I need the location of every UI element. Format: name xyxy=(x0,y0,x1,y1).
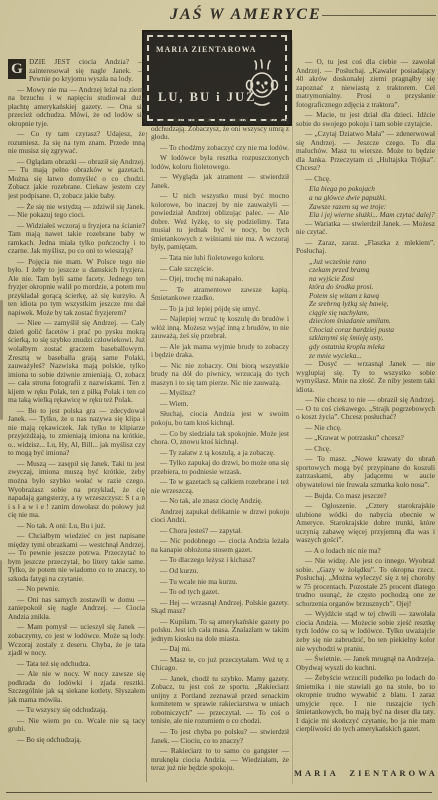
paragraph: — Nie wiem po co. Wcale nie są tacy grub… xyxy=(8,717,145,734)
paragraph: — Co by siedziała tak spokojnie. Może je… xyxy=(151,430,289,447)
paragraph: — Nie chcę. xyxy=(296,424,435,433)
paragraph: — Pojęcia nie mam. W Polsce tego nie był… xyxy=(8,258,145,318)
paragraph: — O, tu jest coś dla ciebie — zawołał An… xyxy=(296,58,435,109)
column-divider xyxy=(146,132,147,782)
bottom-rule xyxy=(6,792,432,793)
paragraph: — To dlaczego leżysz i kichasz? xyxy=(151,556,289,565)
paragraph: — A o lodach nic nie ma? xyxy=(296,547,435,556)
book-cover-title: LU, BU i JUŻ xyxy=(158,90,256,105)
paragraph: — To chodźmy zobaczyć czy nie ma lodów. xyxy=(151,144,289,153)
paragraph: — Tata nie lubi fioletowego koloru. xyxy=(151,254,289,263)
paragraph: — Wyjdźcie stąd w tej chwili — zawołała … xyxy=(296,610,435,653)
drop-cap: G xyxy=(8,59,26,79)
paragraph: Słuchaj, ciocia Andzia jest w swoim poko… xyxy=(151,410,289,427)
paragraph: — To jest chyba po polsku? — stwierdził … xyxy=(151,728,289,745)
paragraph: — Od kurzu. xyxy=(151,567,289,576)
column-2-paragraphs: — Ale oni jak są chudzi, to też się odch… xyxy=(151,116,289,773)
book-cover: MARIA ZIENTAROWA xyxy=(142,30,292,126)
book-cover-author: MARIA ZIENTAROWA xyxy=(156,45,257,54)
lead-text: DZIE JEST ciocia Andzia? — zainteresował… xyxy=(29,58,145,83)
paragraph: — Tu wcale nie ma kurzu. xyxy=(151,578,289,587)
paragraph: — Mowy nie ma — Andrzej leżał na ziemi n… xyxy=(8,86,145,129)
paragraph: Andrzej zapukał delikatnie w drzwi pokoj… xyxy=(151,508,289,525)
text-column-3: — O, tu jest coś dla ciebie — zawołał An… xyxy=(296,58,435,760)
paragraph: — To masz. „Nowe krawaty do ubrań sporto… xyxy=(296,455,435,489)
paragraph: — Najlepiej wrzuć tę koszulę do brudów i… xyxy=(151,315,289,341)
paragraph: — Daj mi. xyxy=(151,645,289,654)
paragraph: — Widziałeś wczoraj u fryzjera na ściani… xyxy=(8,222,145,256)
paragraph: — Chora jesteś? — zapytał. xyxy=(151,527,289,536)
paragraph: — To od tych gazet. xyxy=(151,588,289,597)
paragraph: — Ty załatw z tą koszulą, a ja zobaczę. xyxy=(151,449,289,458)
column-divider xyxy=(292,40,293,784)
paragraph: — Ojej, trochę mi nakapało. xyxy=(151,275,289,284)
paragraph: — Bujda. Co masz jeszcze? xyxy=(296,492,435,501)
paragraph: — Chcę. xyxy=(296,175,435,184)
author-signature: MARIA ZIENTAROWA xyxy=(294,768,436,778)
paragraph: — Masz te, co już przeczytałam. Weź tę z… xyxy=(151,656,289,673)
paragraph: — No pewnie. xyxy=(8,585,145,594)
paragraph: — Ale oni jak są chudzi, to też się odch… xyxy=(151,116,289,142)
paragraph: — Muszą — zasępił się Janek. Taki tu jes… xyxy=(8,460,145,520)
paragraph: — U nich wszystko musi być mocno kolorow… xyxy=(151,192,289,252)
paragraph: — Tata też się odchudza. xyxy=(8,660,145,669)
lead-paragraph: GDZIE JEST ciocia Andzia? — zainteresowa… xyxy=(8,58,145,84)
paragraph: — Janek, chodź tu szybko. Mamy gazety. Z… xyxy=(151,675,289,726)
paragraph: — Te atramentowe zawsze kapią. Śmietanko… xyxy=(151,286,289,303)
paragraph: — Rakieciarz to to samo co gangster — mr… xyxy=(151,747,289,773)
paragraph: — „Czytaj Dziatwo Mała” — zdenerwował si… xyxy=(296,130,435,173)
paragraph: — Ale nie w nocy. W nocy zawsze się podk… xyxy=(8,670,145,704)
paragraph: — Bo to jest polska gra — zdecydował Jan… xyxy=(8,407,145,458)
paragraph: — Oglądam obrazki — obraził się Andrzej.… xyxy=(8,158,145,201)
paragraph: — No tak. A oni: Lu, Bu i już. xyxy=(8,522,145,531)
paragraph: — Tu wszyscy się odchudzają. xyxy=(8,706,145,715)
paragraph: — Że się nie wstydzą — zdziwił się Janek… xyxy=(8,203,145,220)
magazine-page: JAŚ W AMERYCE MARIA ZIENTAROWA xyxy=(0,0,438,800)
paragraph: — Macie, tu jest dział dla dzieci. Idźci… xyxy=(296,111,435,128)
paragraph: — Myślisz? xyxy=(151,389,289,398)
column-3-paragraphs: — O, tu jest coś dla ciebie — zawołał An… xyxy=(296,58,435,734)
paragraph: — Wygląda jak atrament — stwierdził Jane… xyxy=(151,173,289,190)
paragraph: — Nie chcesz to nie — obraził się Andrze… xyxy=(296,396,435,422)
text-column-1: GDZIE JEST ciocia Andzia? — zainteresowa… xyxy=(8,58,145,790)
paragraph: — „Krawat w potrzasku” chcesz? xyxy=(296,434,435,443)
paragraph: — Całe szczęście. xyxy=(151,265,289,274)
column-1-paragraphs: — Mowy nie ma — Andrzej leżał na ziemi n… xyxy=(8,86,145,745)
paragraph: — Kupiłam. To są amerykańskie gazety po … xyxy=(151,618,289,644)
paragraph: W lodówce była resztka rozpuszczonych lo… xyxy=(151,154,289,171)
top-rule xyxy=(322,15,436,16)
paragraph: — Hej — wrzasnął Andrzej. Polskie gazety… xyxy=(151,599,289,616)
book-cover-frame: MARIA ZIENTAROWA xyxy=(147,35,287,121)
paragraph: — Ale jak mama wyjmie brudy to zobaczy i… xyxy=(151,343,289,360)
paragraph: — Chcę. xyxy=(296,445,435,454)
paragraph: — Nic nie zobaczy. Oni biorą wszystkie b… xyxy=(151,362,289,388)
paragraph: — To ja już lepiej pójdę się umyć. xyxy=(151,305,289,314)
page-title: JAŚ W AMERYCE xyxy=(170,6,322,24)
paragraph: — Niee — zamyślił się Andrzej. — Cały dz… xyxy=(8,319,145,404)
paragraph: — Świetnie. — Janek mrugnął na Andrzeja.… xyxy=(296,655,435,672)
boy-face-icon xyxy=(243,59,281,116)
paragraph: — Oni nas samych zostawili w domu — zani… xyxy=(8,596,145,622)
paragraph: — Żebyście wrzucili pudełko po lodach do… xyxy=(296,674,435,734)
paragraph: — Te w gazetach są całkiem rozebrane i t… xyxy=(151,478,289,495)
paragraph: — Wariatka — stwierdził Janek. — Możesz … xyxy=(296,220,435,237)
paragraph: — Wiem. xyxy=(151,400,289,409)
paragraph: — Co ty tam czytasz? Udajesz, że rozumie… xyxy=(8,130,145,156)
paragraph: — Mam pomysł — ucieszył się Janek — zoba… xyxy=(8,623,145,657)
paragraph: — Zaraz, zaraz. „Flaszka z mlekiem”. Pos… xyxy=(296,239,435,256)
paragraph: — No tak, ale znasz ciocię Andzię. xyxy=(151,497,289,506)
paragraph: — Bo się odchudzają. xyxy=(8,736,145,745)
paragraph: — Nic podobnego — ciocia Andzia leżała n… xyxy=(151,537,289,554)
paragraph: — Dosyć — wrzasnął Janek — nie wygłupiaj… xyxy=(296,360,435,394)
text-column-2: — Ale oni jak są chudzi, to też się odch… xyxy=(151,116,289,786)
paragraph: — Tylko zapukaj do drzwi, bo może ona si… xyxy=(151,459,289,476)
scan-artifact xyxy=(0,560,2,650)
paragraph: — Chciałbym wiedzieć co jest napisane mi… xyxy=(8,532,145,583)
paragraph: — Nie widzę. Ale jest co innego. Wyobraź… xyxy=(296,557,435,608)
scan-artifact xyxy=(0,300,3,420)
paragraph: — Ogłoszenie. „Cztery starokrajskie ulub… xyxy=(296,502,435,545)
